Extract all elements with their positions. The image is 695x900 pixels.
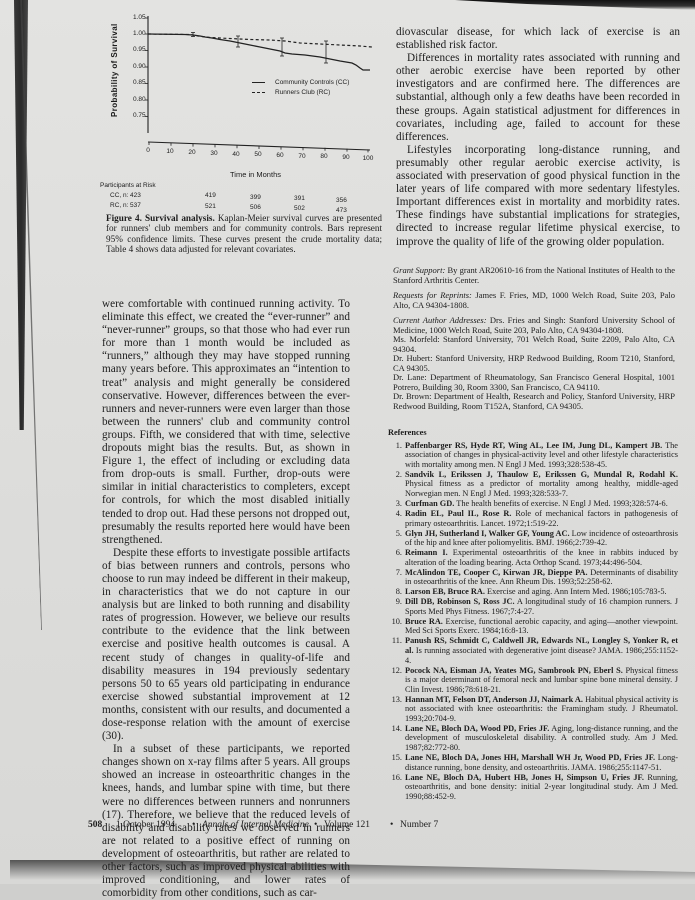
reference-number: 13. [388, 695, 405, 724]
author-addresses: Current Author Addresses: Drs. Fries and… [393, 316, 675, 411]
y-tick-label: 0.80 [133, 96, 153, 103]
y-tick-label: 0.95 [133, 46, 153, 53]
issue-date: 1 October 1994 [116, 820, 175, 830]
reference-text: Exercise and aging. Ann Intern Med. 1986… [485, 587, 667, 596]
reference-item: 10.Bruce RA. Exercise, functional aerobi… [388, 617, 678, 636]
note-label: Grant Support: [393, 265, 445, 275]
y-axis-label: Probability of Survival [110, 10, 124, 130]
reference-authors: Lane NE, Bloch DA, Hubert HB, Jones H, S… [405, 773, 644, 782]
reference-item: 12.Pocock NA, Eisman JA, Yeates MG, Samb… [388, 666, 678, 695]
figure-caption: Figure 4. Survival analysis. Kaplan-Meie… [106, 213, 382, 255]
reference-item: 14.Lane NE, Bloch DA, Wood PD, Fries JF.… [388, 724, 678, 753]
reference-item: 13.Hannan MT, Felson DT, Anderson JJ, Na… [388, 695, 678, 724]
note-label: Requests for Reprints: [393, 290, 472, 300]
reference-authors: Bruce RA. [405, 617, 443, 626]
volume: Volume 121 [324, 820, 370, 830]
bullet-separator: • [314, 820, 317, 830]
x-tick-label: 50 [248, 151, 268, 158]
reference-number: 2. [388, 470, 405, 499]
journal-page: Probability of Survival 1.05 1.00 0.95 0… [0, 0, 695, 900]
reference-number: 16. [388, 773, 405, 802]
reference-authors: Paffenbarger RS, Hyde RT, Wing AL, Lee I… [405, 441, 662, 450]
reference-number: 1. [388, 441, 405, 470]
left-text-column: were comfortable with continued running … [102, 298, 350, 900]
binding-shadow [14, 0, 28, 430]
address-line: Dr. Lane: Department of Rheumatology, Sa… [393, 373, 675, 392]
x-tick-label: 100 [358, 155, 378, 162]
reference-number: 12. [388, 666, 405, 695]
chart-legend: Community Controls (CC) Runners Club (RC… [252, 77, 349, 97]
reference-item: 16.Lane NE, Bloch DA, Hubert HB, Jones H… [388, 773, 678, 802]
cc-survival-curve [148, 34, 370, 70]
risk-table-title: Participants at Risk [100, 182, 156, 189]
reference-number: 8. [388, 587, 405, 597]
issue-number: Number 7 [400, 820, 438, 830]
body-paragraph: Lifestyles incorporating long-distance r… [396, 144, 680, 249]
reference-item: 3.Curfman GD. The health benefits of exe… [388, 499, 678, 509]
rc-survival-curve [148, 34, 372, 47]
reference-number: 11. [388, 636, 405, 665]
reference-authors: Glyn JH, Sutherland I, Walker GF, Young … [405, 529, 570, 538]
reference-body: Reimann I. Experimental osteoarthritis o… [405, 548, 678, 567]
body-paragraph: Despite these efforts to investigate pos… [102, 547, 350, 743]
dashed-line-icon [252, 92, 265, 93]
reference-authors: Pocock NA, Eisman JA, Yeates MG, Sambroo… [405, 666, 623, 675]
reference-body: Curfman GD. The health benefits of exerc… [405, 499, 678, 509]
reference-item: 15.Lane NE, Bloch DA, Jones HH, Marshall… [388, 753, 678, 772]
reference-authors: Lane NE, Bloch DA, Jones HH, Marshall WH… [405, 753, 655, 762]
reference-body: Sandvik L, Erikssen J, Thaulow E, Erikss… [405, 470, 678, 499]
reference-number: 14. [388, 724, 405, 753]
reference-number: 7. [388, 568, 405, 587]
reference-body: Lane NE, Bloch DA, Jones HH, Marshall WH… [405, 753, 678, 772]
address-line: Dr. Hubert: Stanford University, HRP Red… [393, 354, 675, 373]
reprints-note: Requests for Reprints: James F. Fries, M… [393, 291, 675, 310]
reference-authors: Larson EB, Bruce RA. [405, 587, 485, 596]
risk-value: 537 [130, 202, 141, 209]
legend-item-cc: Community Controls (CC) [252, 77, 349, 87]
bullet-separator: • [192, 820, 195, 830]
risk-row-cc: CC, n: 423 419 399 391 356 [110, 192, 380, 202]
risk-row-label: RC, n: [110, 202, 128, 209]
reference-authors: Radin EL, Paul IL, Rose R. [405, 509, 511, 518]
author-notes: Grant Support: By grant AR20610-16 from … [393, 266, 675, 411]
legend-label: Runners Club (RC) [275, 89, 330, 96]
y-tick-label: 0.90 [133, 63, 153, 70]
x-tick-label: 60 [270, 152, 290, 159]
reference-text: Exercise, functional aerobic capacity, a… [405, 617, 678, 636]
reference-item: 5.Glyn JH, Sutherland I, Walker GF, Youn… [388, 529, 678, 548]
reference-body: Lane NE, Bloch DA, Wood PD, Fries JF. Ag… [405, 724, 678, 753]
legend-label: Community Controls (CC) [275, 79, 349, 86]
x-tick-label: 0 [138, 147, 158, 154]
reference-authors: Reimann I. [405, 548, 448, 557]
reference-body: Pocock NA, Eisman JA, Yeates MG, Sambroo… [405, 666, 678, 695]
risk-value: 502 [294, 205, 305, 212]
reference-authors: Lane NE, Bloch DA, Wood PD, Fries JF. [405, 724, 549, 733]
references-list: References 1.Paffenbarger RS, Hyde RT, W… [388, 428, 678, 802]
grant-support-note: Grant Support: By grant AR20610-16 from … [393, 266, 675, 285]
reference-number: 10. [388, 617, 405, 636]
risk-row-label: CC, n: [110, 192, 128, 199]
right-text-column: diovascular disease, for which lack of e… [396, 26, 680, 249]
reference-number: 15. [388, 753, 405, 772]
reference-text: Physical fitness as a predictor of morta… [405, 479, 678, 498]
reference-body: Lane NE, Bloch DA, Hubert HB, Jones H, S… [405, 773, 678, 802]
y-tick-label: 0.75 [133, 112, 153, 119]
address-line: Ms. Morfeld: Stanford University, 701 We… [393, 335, 675, 354]
reference-body: Bruce RA. Exercise, functional aerobic c… [405, 617, 678, 636]
reference-body: Larson EB, Bruce RA. Exercise and aging.… [405, 587, 678, 597]
bullet-separator: • [390, 820, 393, 830]
reference-number: 6. [388, 548, 405, 567]
confidence-bars [191, 33, 328, 64]
x-tick-label: 40 [226, 151, 246, 158]
risk-value: 419 [205, 192, 216, 199]
risk-value: 423 [130, 192, 141, 199]
reference-item: 4.Radin EL, Paul IL, Rose R. Role of mec… [388, 509, 678, 528]
x-tick-label: 90 [336, 154, 356, 161]
y-tick-label: 1.05 [133, 14, 153, 21]
reference-item: 9.Dill DB, Robinson S, Ross JC. A longit… [388, 597, 678, 616]
x-tick-label: 30 [204, 150, 224, 157]
top-page-shadow [455, 0, 695, 10]
reference-body: Glyn JH, Sutherland I, Walker GF, Young … [405, 529, 678, 548]
references-heading: References [388, 428, 678, 438]
risk-value: 399 [250, 194, 261, 201]
reference-number: 4. [388, 509, 405, 528]
reference-authors: McAlindon TE, Cooper C, Kirwan JR, Diepp… [405, 568, 588, 577]
reference-body: Dill DB, Robinson S, Ross JC. A longitud… [405, 597, 678, 616]
x-tick-label: 80 [314, 153, 334, 160]
reference-item: 6.Reimann I. Experimental osteoarthritis… [388, 548, 678, 567]
reference-number: 9. [388, 597, 405, 616]
reference-text: The health benefits of exercise. N Engl … [454, 499, 667, 508]
body-paragraph: diovascular disease, for which lack of e… [396, 26, 680, 52]
survival-chart: Probability of Survival 1.05 1.00 0.95 0… [80, 10, 380, 180]
reference-authors: Hannan MT, Felson DT, Anderson JJ, Naima… [405, 695, 583, 704]
solid-line-icon [252, 82, 265, 83]
reference-item: 8.Larson EB, Bruce RA. Exercise and agin… [388, 587, 678, 597]
reference-text: Is running associated with degenerative … [405, 646, 678, 665]
reference-item: 1.Paffenbarger RS, Hyde RT, Wing AL, Lee… [388, 441, 678, 470]
reference-number: 5. [388, 529, 405, 548]
x-tick-label: 20 [182, 149, 202, 156]
body-paragraph: Differences in mortality rates associate… [396, 52, 680, 144]
y-tick-label: 1.00 [133, 30, 153, 37]
reference-item: 11.Panush RS, Schmidt C, Caldwell JR, Ed… [388, 636, 678, 665]
legend-item-rc: Runners Club (RC) [252, 87, 349, 97]
risk-value: 391 [294, 195, 305, 202]
reference-body: Hannan MT, Felson DT, Anderson JJ, Naima… [405, 695, 678, 724]
risk-value: 521 [205, 203, 216, 210]
x-axis-label: Time in Months [230, 170, 350, 179]
reference-item: 7.McAlindon TE, Cooper C, Kirwan JR, Die… [388, 568, 678, 587]
risk-row-rc: RC, n: 537 521 506 502 473 [110, 202, 380, 212]
body-paragraph: were comfortable with continued running … [102, 298, 350, 547]
reference-authors: Curfman GD. [405, 499, 454, 508]
journal-name: Annals of Internal Medicine [202, 820, 309, 830]
reference-body: Paffenbarger RS, Hyde RT, Wing AL, Lee I… [405, 441, 678, 470]
reference-body: Radin EL, Paul IL, Rose R. Role of mecha… [405, 509, 678, 528]
x-tick-label: 10 [160, 148, 180, 155]
address-line: Dr. Brown: Department of Health, Researc… [393, 392, 675, 411]
reference-authors: Sandvik L, Erikssen J, Thaulow E, Erikss… [405, 470, 678, 479]
reference-number: 3. [388, 499, 405, 509]
x-tick-label: 70 [292, 153, 312, 160]
risk-value: 506 [250, 204, 261, 211]
note-label: Current Author Addresses: [393, 315, 487, 325]
page-number: 508 [88, 820, 102, 830]
reference-authors: Dill DB, Robinson S, Ross JC. [405, 597, 515, 606]
reference-body: McAlindon TE, Cooper C, Kirwan JR, Diepp… [405, 568, 678, 587]
reference-body: Panush RS, Schmidt C, Caldwell JR, Edwar… [405, 636, 678, 665]
caption-label: Figure 4. Survival analysis. [106, 213, 215, 223]
reference-item: 2.Sandvik L, Erikssen J, Thaulow E, Erik… [388, 470, 678, 499]
y-tick-label: 0.85 [133, 79, 153, 86]
